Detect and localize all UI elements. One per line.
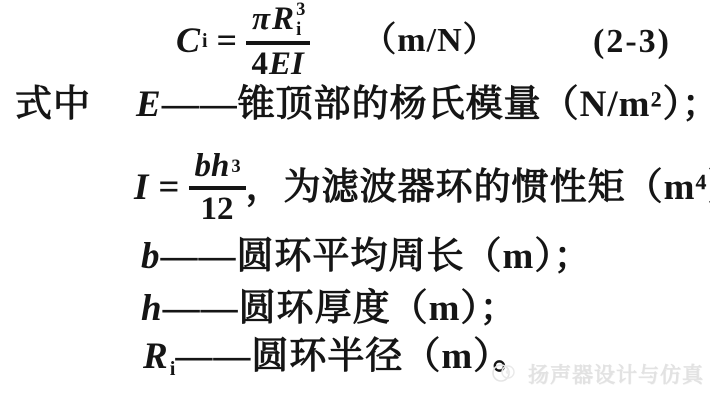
- superscript-3: 3: [231, 157, 240, 176]
- var-C: C: [175, 20, 201, 61]
- where-label: 式中: [15, 84, 91, 125]
- fraction-numerator: bh3: [189, 149, 246, 186]
- fraction-numerator: πR3i: [246, 0, 310, 41]
- equals-sign: =: [158, 167, 179, 210]
- equation-number: (2-3): [593, 22, 671, 61]
- unit-m-per-N: （m/N）: [362, 21, 497, 60]
- fraction-denominator: 4EI: [246, 41, 310, 82]
- var-R: R: [142, 336, 169, 377]
- var-h: h: [140, 288, 163, 329]
- document-page: Ci = πR3i 4EI （m/N） (2-3) 式中E——锥顶部的杨氏模量（…: [0, 0, 710, 393]
- definition-b: b——圆环平均周长（m）；: [140, 236, 592, 279]
- var-E: E: [135, 84, 162, 125]
- var-I: I: [133, 167, 149, 210]
- watermark-text: 扬声器设计与仿真: [528, 359, 704, 389]
- equals-sign: =: [217, 20, 238, 61]
- definition-h-text: ——圆环厚度（m）；: [163, 288, 518, 329]
- definition-Ri: Ri——圆环半径（m）。: [142, 336, 531, 382]
- subscript-i: i: [296, 20, 301, 39]
- coef-4: 4: [251, 47, 268, 82]
- subscript-i: i: [202, 30, 208, 53]
- superscript-3: 3: [296, 0, 305, 19]
- definition-E: 式中E——锥顶部的杨氏模量（N/m²）；: [15, 84, 710, 127]
- definition-E-text: ——锥顶部的杨氏模量（N/m²）；: [162, 84, 710, 125]
- definition-h: h——圆环厚度（m）；: [140, 288, 518, 331]
- fraction-denominator: 12: [189, 186, 246, 227]
- definition-Ri-text: ——圆环半径（m）。: [175, 336, 530, 377]
- definition-I: I = bh3 12 ，为滤波器环的惯性矩（m⁴）: [133, 146, 710, 230]
- var-bh: bh: [194, 149, 231, 184]
- fraction-bh3-12: bh3 12: [189, 149, 246, 226]
- var-R: R: [271, 2, 295, 37]
- pi-symbol: π: [251, 2, 271, 37]
- definition-I-text: ，为滤波器环的惯性矩（m⁴）: [246, 167, 710, 210]
- definition-b-text: ——圆环平均周长（m）；: [161, 236, 592, 277]
- equation-compliance: Ci = πR3i 4EI （m/N）: [175, 0, 498, 82]
- fraction-piR3-4EI: πR3i 4EI: [246, 0, 310, 81]
- supsub-stack: 3i: [296, 0, 305, 39]
- watermark: 扬声器设计与仿真: [491, 359, 704, 389]
- var-b: b: [140, 236, 161, 277]
- speaker-logo-icon: [491, 361, 521, 387]
- var-EI: EI: [268, 47, 305, 82]
